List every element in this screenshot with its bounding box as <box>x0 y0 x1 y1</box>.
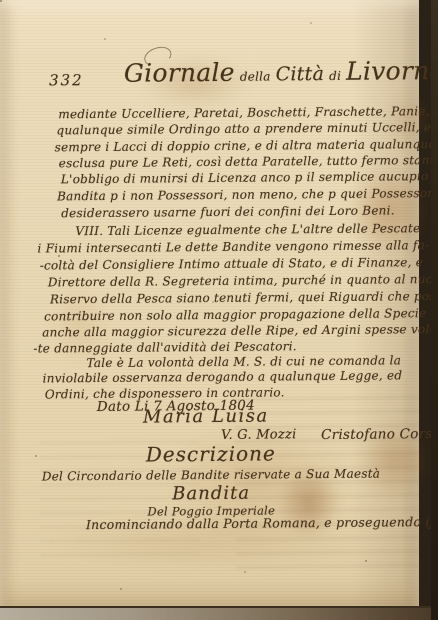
book-fore-edge <box>417 0 431 620</box>
title-word: di <box>329 69 341 83</box>
body-line: desiderassero usarne fuori dei confini d… <box>61 203 395 220</box>
body-line: qualunque simile Ordingo atto a prendere… <box>56 120 438 138</box>
manuscript-photo: 332 GiornaledellaCittàdiLivorno mediante… <box>0 0 438 620</box>
photo-dark-edge-right <box>431 0 438 620</box>
body-line: Riservo della Pesca siano tenuti fermi, … <box>50 289 438 307</box>
journal-title: GiornaledellaCittàdiLivorno <box>124 56 414 88</box>
page-number: 332 <box>49 71 84 89</box>
body-line: anche alla maggior sicurezza delle Ripe,… <box>42 322 434 339</box>
body-line: contribuire non solo alla maggior propag… <box>44 306 438 324</box>
body-line: -coltà del Consigliere Intimo attuale di… <box>40 255 424 272</box>
body-line: esclusa pure Le Reti, così detta Paratel… <box>59 153 438 171</box>
body-line: Direttore della R. Segreteria intima, pu… <box>48 272 438 289</box>
body-line: mediante Uccelliere, Paretai, Boschetti,… <box>58 104 438 122</box>
body-line: Bandita p i non Possessori, non meno, ch… <box>57 186 438 204</box>
body-line: -te danneggiate dall'avidità dei Pescato… <box>33 339 297 355</box>
body-line: VIII. Tali Licenze egualmente che L'altr… <box>75 221 420 238</box>
section-heading-descrizione: Descrizione <box>1 440 420 468</box>
manuscript-text-layer: 332 GiornaledellaCittàdiLivorno mediante… <box>0 0 422 611</box>
photo-dark-edge-bottom <box>0 606 431 620</box>
body-line: sempre i Lacci di doppio crine, e di alt… <box>55 137 438 155</box>
bandita-opening-line: Incominciando dalla Porta Romana, e pros… <box>86 514 434 532</box>
title-word: Giornale <box>124 58 235 88</box>
body-line: inviolabile osservanza derogando a qualu… <box>43 368 403 385</box>
signature-maria-luisa: Maria Luisa <box>143 405 269 427</box>
title-word: Città <box>276 63 325 85</box>
body-line: Tale è La volontà della M. S. di cui ne … <box>86 353 401 370</box>
title-word: della <box>240 69 271 83</box>
body-line: i Fiumi intersecanti Le dette Bandite ve… <box>37 238 429 255</box>
body-line: L'obbligo di munirsi di Licenza anco p i… <box>61 169 438 186</box>
